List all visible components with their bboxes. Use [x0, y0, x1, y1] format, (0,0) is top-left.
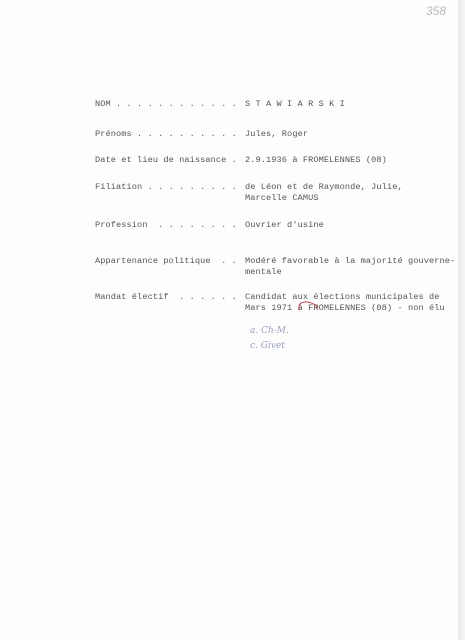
field-label: Mandat électif . . . . . .	[95, 292, 245, 303]
handwritten-note: a. Ch-M.	[250, 326, 289, 336]
field-value: 2.9.1936 à FROMELENNES (08)	[245, 155, 460, 166]
field-value: Candidat aux élections municipales de	[245, 292, 460, 303]
page-number: 358	[426, 4, 446, 18]
field-value: de Léon et de Raymonde, Julie,	[245, 182, 460, 193]
field-label: Filiation . . . . . . . . .	[95, 182, 245, 193]
field-value-line2: mentale	[245, 267, 460, 278]
field-label: Prénoms . . . . . . . . . .	[95, 129, 245, 140]
handwritten-note: c. Givet	[250, 341, 285, 351]
field-value-line2: Mars 1971 à FROMELENNES (08) - non élu	[245, 303, 460, 314]
field-label: NOM . . . . . . . . . . . .	[95, 99, 245, 110]
field-value-line2: Marcelle CAMUS	[245, 193, 460, 204]
field-value: Jules, Roger	[245, 129, 460, 140]
field-label: Profession . . . . . . . .	[95, 220, 245, 231]
document-page: 358 NOM . . . . . . . . . . . . S T A W …	[0, 0, 458, 640]
field-label: Appartenance politique . .	[95, 256, 245, 267]
field-label: Date et lieu de naissance .	[95, 155, 245, 166]
page-edge	[458, 0, 465, 640]
field-value: Ouvrier d'usine	[245, 220, 460, 231]
field-value: S T A W I A R S K I	[245, 99, 460, 110]
field-value: Modéré favorable à la majorité gouverne-	[245, 256, 460, 267]
